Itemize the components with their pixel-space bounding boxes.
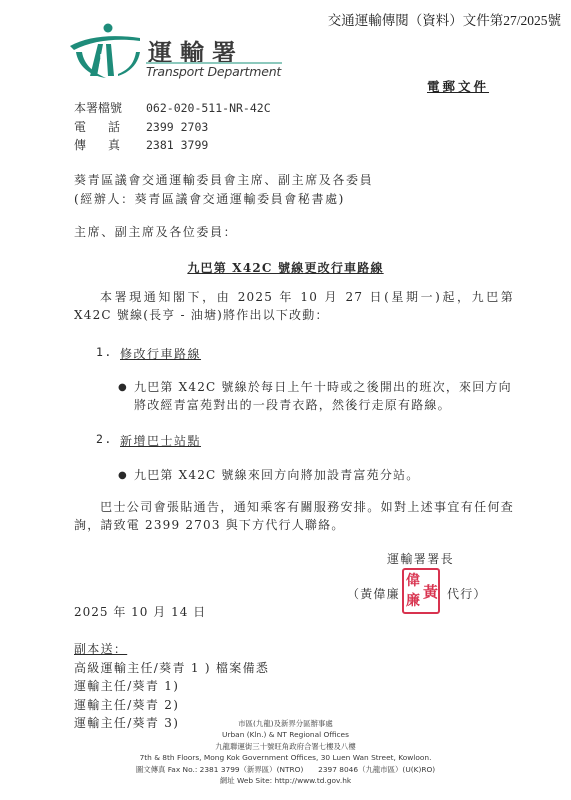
- website: 網址 Web Site: http://www.td.gov.hk: [0, 775, 571, 786]
- fax-label: 傳 真: [74, 136, 120, 155]
- file-ref-row: 本署檔號 062-020-511-NR-42C: [74, 99, 271, 118]
- fax-label-char: 傳: [74, 136, 86, 155]
- letter-subject: 九巴第 X42C 號線更改行車路線: [0, 259, 571, 276]
- address-english: 7th & 8th Floors, Mong Kok Government Of…: [0, 752, 571, 763]
- intro-paragraph: 本署現通知閣下，由 2025 年 10 月 27 日(星期一)起，九巴第 X42…: [74, 288, 514, 324]
- bullet-icon: ●: [118, 378, 134, 414]
- letterhead-footer: 市區(九龍)及新界分區辦事處 Urban (Kln.) & NT Regiona…: [0, 718, 571, 786]
- addressee-care-of: (經辦人：葵青區議會交通運輸委員會秘書處): [74, 190, 373, 209]
- document-reference-number: 交通運輸傳閱（資料）文件第27/2025號: [328, 9, 561, 29]
- reference-block: 本署檔號 062-020-511-NR-42C 電 話 2399 2703 傳 …: [74, 99, 271, 155]
- copy-recipient: 運輸主任/葵青 2): [74, 696, 269, 715]
- seal-char: 廉: [405, 594, 421, 608]
- seal-char: 偉: [405, 574, 421, 588]
- fax-value: 2381 3799: [146, 136, 208, 155]
- bullet-icon: ●: [118, 466, 134, 485]
- change-item-2: 2. 新增巴士站點: [96, 432, 201, 449]
- email-document-tag: 電郵文件: [427, 77, 489, 95]
- phone-label: 電 話: [74, 118, 120, 137]
- copy-recipient: 運輸主任/葵青 1): [74, 677, 269, 696]
- salutation: 主席、副主席及各位委員：: [74, 223, 237, 240]
- file-ref-value: 062-020-511-NR-42C: [146, 99, 271, 118]
- address-chinese: 九龍聯運街三十號旺角政府合署七樓及八樓: [0, 741, 571, 752]
- closing-paragraph: 巴士公司會張貼通告，通知乘客有關服務安排。如對上述事宜有任何查詢，請致電 239…: [74, 498, 514, 534]
- bullet-text: 九巴第 X42C 號線於每日上午十時或之後開出的班次，來回方向將改經青富苑對出的…: [134, 378, 518, 414]
- addressee-block: 葵青區議會交通運輸委員會主席、副主席及各委員 (經辦人：葵青區議會交通運輸委員會…: [74, 171, 373, 208]
- letter-date: 2025 年 10 月 14 日: [74, 603, 206, 620]
- signer-name: （黃偉廉: [347, 585, 400, 602]
- subject-text: 九巴第 X42C 號線更改行車路線: [187, 261, 383, 275]
- seal-char: 黃: [421, 584, 437, 599]
- bullet-text: 九巴第 X42C 號線來回方向將加設青富苑分站。: [134, 466, 419, 485]
- fax-row: 傳 真 2381 3799: [74, 136, 271, 155]
- item-number: 1.: [96, 345, 120, 362]
- official-seal-stamp: 偉 黃 廉: [402, 568, 440, 614]
- item-number: 2.: [96, 432, 120, 449]
- phone-row: 電 話 2399 2703: [74, 118, 271, 137]
- file-ref-label: 本署檔號: [74, 99, 146, 118]
- phone-value: 2399 2703: [146, 118, 208, 137]
- department-name-english: Transport Department: [146, 64, 281, 79]
- office-name-english: Urban (Kln.) & NT Regional Offices: [0, 729, 571, 740]
- fax-label-char: 真: [108, 136, 120, 155]
- bullet-point: ● 九巴第 X42C 號線來回方向將加設青富苑分站。: [118, 466, 518, 485]
- copy-recipient: 高級運輸主任/葵青 1 ) 檔案備悉: [74, 659, 269, 678]
- bullet-point: ● 九巴第 X42C 號線於每日上午十時或之後開出的班次，來回方向將改經青富苑對…: [118, 378, 518, 414]
- copy-to-header: 副本送：: [74, 640, 269, 659]
- transport-department-logo-icon: [68, 22, 144, 80]
- closing-text: 巴士公司會張貼通告，通知乘客有關服務安排。如對上述事宜有任何查詢，請致電 239…: [74, 500, 514, 532]
- phone-label-char: 話: [108, 118, 120, 137]
- fax-numbers: 圖文傳真 Fax No.: 2381 3799（新界區）(NTRO) 2397 …: [0, 764, 571, 775]
- signer-title: 運輸署署長: [387, 550, 454, 567]
- item-title: 修改行車路線: [120, 345, 201, 362]
- item-title: 新增巴士站點: [120, 432, 201, 449]
- addressee-line: 葵青區議會交通運輸委員會主席、副主席及各委員: [74, 171, 373, 190]
- phone-label-char: 電: [74, 118, 86, 137]
- signer-on-behalf: 代行）: [447, 585, 487, 602]
- change-item-1: 1. 修改行車路線: [96, 345, 201, 362]
- office-name-chinese: 市區(九龍)及新界分區辦事處: [0, 718, 571, 729]
